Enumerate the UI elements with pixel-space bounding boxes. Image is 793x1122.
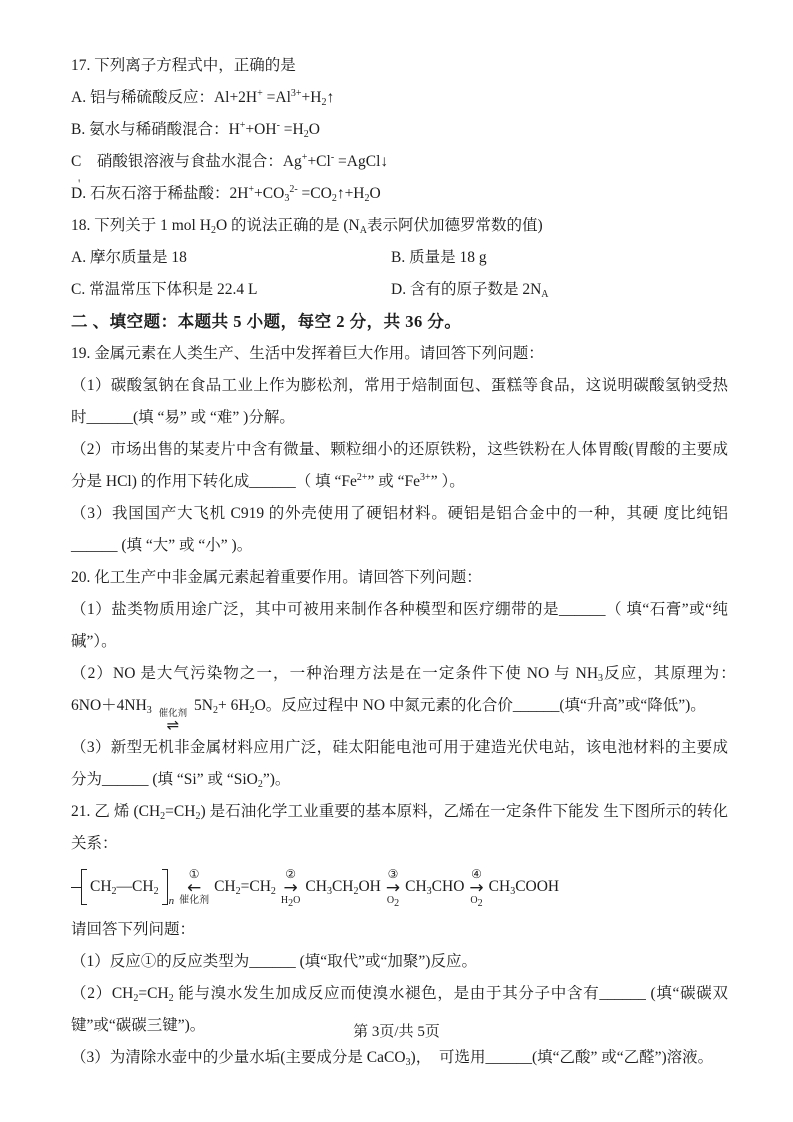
right-arrow-icon: → [386, 881, 400, 895]
question-17-stem: 17. 下列离子方程式中，正确的是 [71, 50, 728, 82]
question-18-option-d: D. 含有的原子数是 2NA [391, 274, 549, 306]
polymer-formula: CH2—CH2 [87, 878, 162, 896]
question-20-item-1: （1）盐类物质用途广泛，其中可被用来制作各种模型和医疗绷带的是______（ 填… [71, 594, 728, 658]
equilibrium-arrow: 催化剂⇌ [159, 709, 188, 732]
polymer-bracket-right [162, 869, 168, 905]
document-page: 17. 下列离子方程式中，正确的是 A. 铝与稀硫酸反应：Al+2H+ =Al3… [0, 0, 793, 1122]
question-21-item-3: （3）为清除水壶中的少量水垢(主要成分是 CaCO3)， 可选用______(填… [71, 1042, 728, 1074]
question-17-option-c: C 硝酸银溶液与食盐水混合：Ag++Cl- =AgCl↓ [71, 146, 728, 178]
question-19: 19. 金属元素在人类生产、生活中发挥着巨大作用。请回答下列问题： （1）碳酸氢… [71, 338, 728, 562]
question-19-stem: 19. 金属元素在人类生产、生活中发挥着巨大作用。请回答下列问题： [71, 338, 728, 370]
question-19-item-2: （2）市场出售的某麦片中含有微量、颗粒细小的还原铁粉，这些铁粉在人体胃酸(胃酸的… [71, 434, 728, 498]
equilibrium-symbol: ⇌ [167, 719, 180, 732]
question-20-item-3: （3）新型无机非金属材料应用广泛，硅太阳能电池可用于建造光伏电站，该电池材料的主… [71, 732, 728, 796]
question-17: 17. 下列离子方程式中，正确的是 A. 铝与稀硫酸反应：Al+2H+ =Al3… [71, 50, 728, 210]
reaction-scheme: CH2—CH2n ① ← 催化剂 CH2=CH2 ② → H2O CH3CH2O… [71, 862, 728, 912]
question-18-option-b: B. 质量是 18 g [391, 242, 487, 274]
polymer-unit: CH2—CH2n [71, 865, 174, 909]
reaction-arrow-4: ④ → O2 [469, 868, 483, 907]
question-21-stem: 21. 乙 烯 (CH2=CH2) 是石油化学工业重要的基本原料，乙烯在一定条件… [71, 796, 728, 860]
question-19-item-1: （1）碳酸氢钠在食品工业上作为膨松剂，常用于焙制面包、蛋糕等食品，这说明碳酸氢钠… [71, 370, 728, 434]
question-18-options-row-1: A. 摩尔质量是 18 B. 质量是 18 g [71, 242, 728, 274]
reaction-arrow-3: ③ → O2 [386, 868, 400, 907]
reaction-arrow-2: ② → H2O [281, 868, 300, 907]
question-20: 20. 化工生产中非金属元素起着重要作用。请回答下列问题： （1）盐类物质用途广… [71, 562, 728, 796]
reaction-arrow-1: ① ← 催化剂 [179, 868, 209, 907]
page-footer: 第 3页/共 5页 [0, 1020, 793, 1041]
question-18-option-c: C. 常温常压下体积是 22.4 L [71, 274, 391, 306]
question-18-option-a: A. 摩尔质量是 18 [71, 242, 391, 274]
scan-artifact-mark: ' [78, 176, 80, 192]
arrow-condition-1: 催化剂 [179, 895, 209, 907]
question-18-options-row-2: C. 常温常压下体积是 22.4 L D. 含有的原子数是 2NA [71, 274, 728, 306]
compound-ethylene: CH2=CH2 [214, 878, 276, 896]
question-20-item-2: （2）NO 是大气污染物之一，一种治理方法是在一定条件下使 NO 与 NH3反应… [71, 658, 728, 732]
arrow-condition-3: O2 [387, 895, 399, 907]
question-21-prompt: 请回答下列问题： [71, 914, 728, 946]
left-arrow-icon: ← [187, 881, 201, 895]
question-20-item-2-text-post: 5N2+ 6H2O。反应过程中 NO 中氮元素的化合价______(填“升高”或… [190, 697, 706, 714]
arrow-condition-4: O2 [470, 895, 482, 907]
compound-acetic-acid: CH3COOH [489, 878, 559, 896]
polymer-subscript-n: n [169, 895, 175, 907]
question-19-item-3: （3）我国国产大飞机 C919 的外壳使用了硬铝材料。硬铝是铝合金中的一种，其硬… [71, 498, 728, 562]
section-2-header: 二 、填空题：本题共 5 小题，每空 2 分，共 36 分。 [71, 306, 728, 338]
question-20-stem: 20. 化工生产中非金属元素起着重要作用。请回答下列问题： [71, 562, 728, 594]
question-18: 18. 下列关于 1 mol H2O 的说法正确的是 (NA表示阿伏加德罗常数的… [71, 210, 728, 306]
question-17-option-b: B. 氨水与稀硝酸混合：H++OH- =H2O [71, 114, 728, 146]
question-21-item-1: （1）反应①的反应类型为______ (填“取代”或“加聚”)反应。 [71, 946, 728, 978]
question-17-option-a: A. 铝与稀硫酸反应：Al+2H+ =Al3++H2↑ [71, 82, 728, 114]
arrow-condition-2: H2O [281, 895, 300, 907]
question-17-option-d: D. 石灰石溶于稀盐酸：2H++CO32- =CO2↑+H2O [71, 178, 728, 210]
right-arrow-icon: → [284, 881, 298, 895]
right-arrow-icon: → [469, 881, 483, 895]
compound-acetaldehyde: CH3CHO [405, 878, 464, 896]
question-18-stem: 18. 下列关于 1 mol H2O 的说法正确的是 (NA表示阿伏加德罗常数的… [71, 210, 728, 242]
page-content: 17. 下列离子方程式中，正确的是 A. 铝与稀硫酸反应：Al+2H+ =Al3… [71, 50, 728, 1074]
compound-ethanol: CH3CH2OH [305, 878, 380, 896]
bond-line [71, 887, 81, 888]
